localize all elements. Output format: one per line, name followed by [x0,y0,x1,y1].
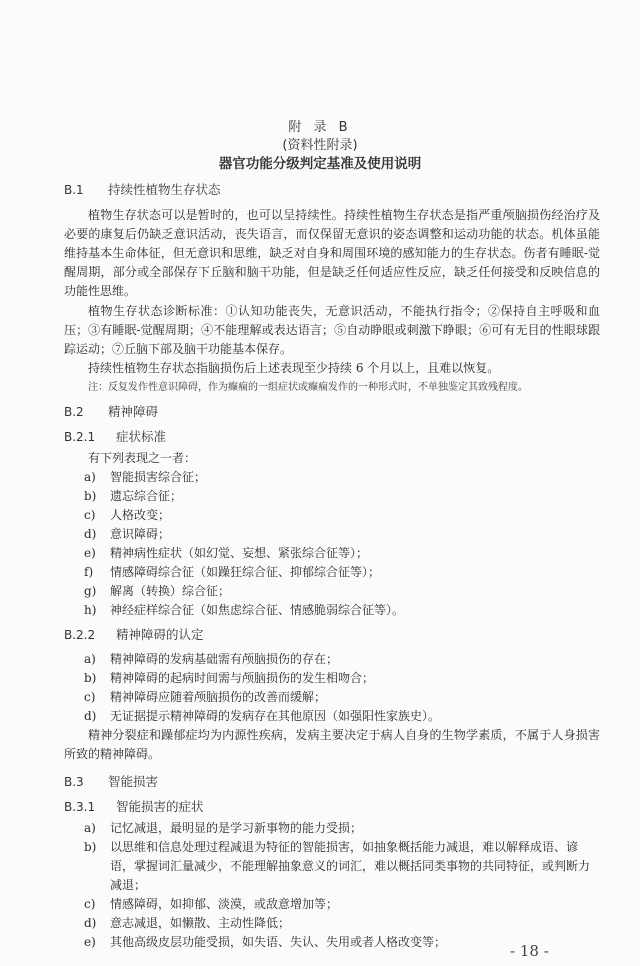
list-item: d)意志减退，如懒散、主动性降低； [84,914,290,933]
b1-paragraph-2: 植物生存状态诊断标准：①认知功能丧失，无意识活动，不能执行指令；②保持自主呼吸和… [64,302,600,359]
list-item: e)精神病性症状（如幻觉、妄想、紧张综合征等）； [84,544,368,563]
b1-paragraph-3: 持续性植物生存状态指脑损伤后上述表现至少持续 6 个月以上，且难以恢复。 [64,359,600,378]
list-item: d)无证据提示精神障碍的发病存在其他原因（如强阳性家族史）。 [84,707,440,726]
document-page: 附 录 B (资料性附录) 器官功能分级判定基准及使用说明 B.1持续性植物生存… [0,0,640,966]
section-heading-b1: B.1持续性植物生存状态 [64,180,221,198]
section-heading-b22: B.2.2精神障碍的认定 [64,625,204,643]
list-item: d)意识障碍； [84,525,170,544]
section-heading-b21: B.2.1症状标准 [64,427,166,445]
list-item: b)精神障碍的起病时间需与颅脑损伤的发生相吻合； [84,669,374,688]
b21-intro: 有下列表现之一者： [88,449,196,468]
list-item: a)精神障碍的发病基础需有颅脑损伤的存在； [84,650,338,669]
list-item: e)其他高级皮层功能受损，如失语、失认、失用或者人格改变等； [84,933,446,952]
list-item: c)人格改变； [84,506,170,525]
list-item: h)神经症样综合征（如焦虑综合征、情感脆弱综合征等）。 [84,601,404,620]
list-item: b)以思维和信息处理过程减退为特征的智能损害，如抽象概括能力减退，难以解释成语、… [110,838,600,895]
list-item: g)解离（转换）综合征； [84,582,230,601]
page-number: - 18 - [510,942,549,960]
section-heading-b3: B.3智能损害 [64,772,158,790]
list-item: c)情感障碍，如抑郁、淡漠，或敌意增加等； [84,895,338,914]
appendix-type: (资料性附录) [0,134,640,153]
b1-note: 注：反复发作性意识障碍，作为癫痫的一组症状或癫痫发作的一种形式时，不单独鉴定其致… [88,378,528,393]
appendix-label: 附 录 B [0,116,640,135]
list-item: f)情感障碍综合征（如躁狂综合征、抑郁综合征等）； [84,563,380,582]
appendix-title: 器官功能分级判定基准及使用说明 [0,152,640,172]
section-heading-b2: B.2精神障碍 [64,402,158,420]
b1-paragraph-1: 植物生存状态可以是暂时的，也可以呈持续性。持续性植物生存状态是指严重颅脑损伤经治… [64,206,600,301]
b22-paragraph: 精神分裂症和躁郁症均为内源性疾病，发病主要决定于病人自身的生物学素质，不属于人身… [64,726,600,764]
list-item: c)精神障碍应随着颅脑损伤的改善而缓解； [84,688,326,707]
list-item: a)记忆减退，最明显的是学习新事物的能力受损； [84,819,362,838]
section-heading-b31: B.3.1智能损害的症状 [64,797,204,815]
list-item: b)遗忘综合征； [84,487,182,506]
list-item: a)智能损害综合征； [84,468,206,487]
